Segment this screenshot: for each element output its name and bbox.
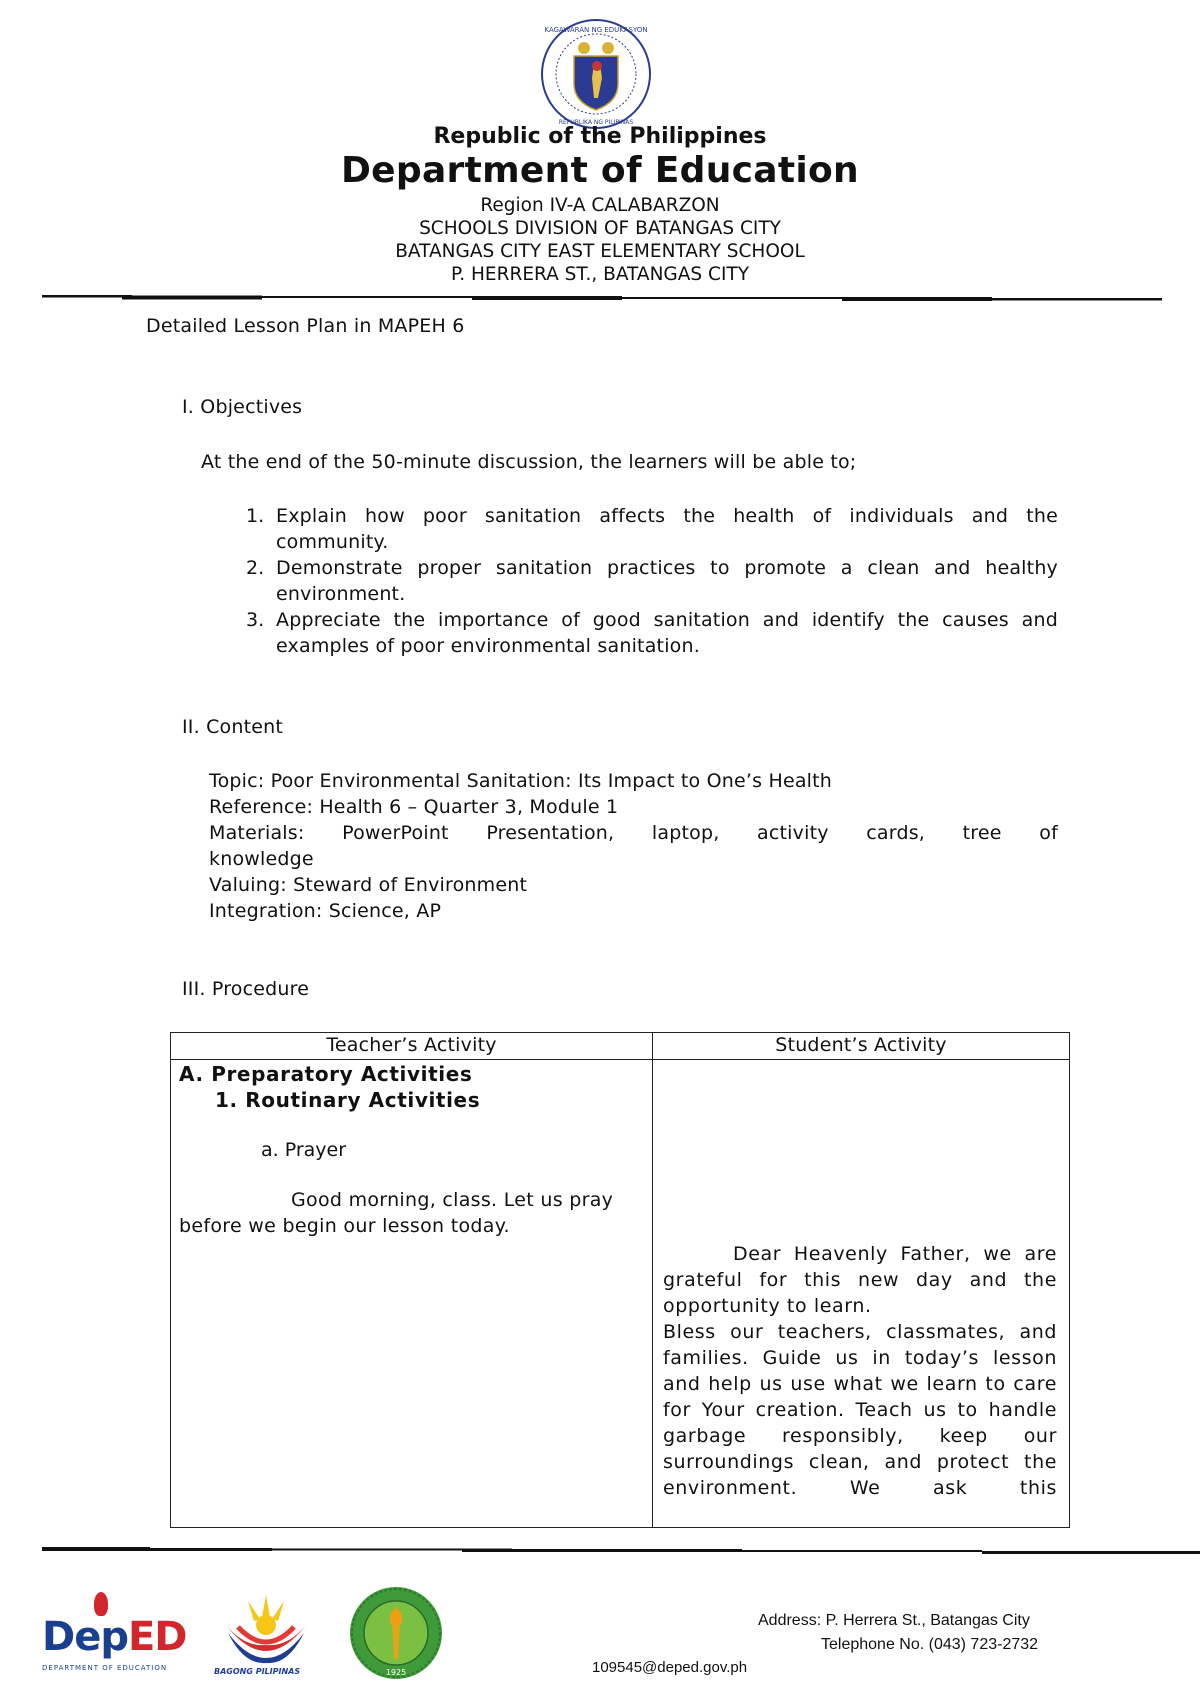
objectives-intro: At the end of the 50-minute discussion, … [201, 451, 856, 473]
objective-item: 3. Appreciate the importance of good san… [246, 607, 1058, 659]
content-reference: Reference: Health 6 – Quarter 3, Module … [209, 794, 1058, 820]
svg-text:KAGAWARAN NG EDUKASYON: KAGAWARAN NG EDUKASYON [544, 26, 647, 34]
table-column-divider [652, 1033, 653, 1527]
content-materials: Materials: PowerPoint Presentation, lapt… [209, 820, 1058, 872]
footer-logos: DepED DEPARTMENT OF EDUCATION BAGONG PIL… [42, 1588, 444, 1678]
objective-number: 2. [246, 555, 276, 607]
student-activity-cell: Dear Heavenly Father, we are grateful fo… [663, 1241, 1057, 1501]
objective-number: 1. [246, 503, 276, 555]
student-prayer-part2: Bless our teachers, classmates, and fami… [663, 1319, 1057, 1501]
header-division: SCHOOLS DIVISION OF BATANGAS CITY [0, 218, 1200, 239]
objective-text: Appreciate the importance of good sanita… [276, 607, 1058, 659]
teacher-greeting: Good morning, class. Let us pray before … [179, 1187, 645, 1239]
svg-text:1925: 1925 [386, 1668, 406, 1677]
objective-text: Explain how poor sanitation affects the … [276, 503, 1058, 555]
header-street: P. HERRERA ST., BATANGAS CITY [0, 264, 1200, 285]
table-header-divider [171, 1059, 1069, 1060]
deped-logo: DepED DEPARTMENT OF EDUCATION [42, 1592, 184, 1674]
deped-seal-icon: KAGAWARAN NG EDUKASYON REPUBLIKA NG PILI… [540, 18, 652, 130]
header-department: Department of Education [0, 150, 1200, 191]
flame-icon [94, 1592, 108, 1616]
procedure-table: Teacher’s Activity Student’s Activity A.… [170, 1032, 1070, 1528]
header-region: Region IV-A CALABARZON [0, 195, 1200, 216]
header-school: BATANGAS CITY EAST ELEMENTARY SCHOOL [0, 241, 1200, 262]
content-valuing: Valuing: Steward of Environment [209, 872, 1058, 898]
content-topic: Topic: Poor Environmental Sanitation: It… [209, 768, 1058, 794]
objective-item: 2. Demonstrate proper sanitation practic… [246, 555, 1058, 607]
student-prayer-part1: Dear Heavenly Father, we are grateful fo… [663, 1241, 1057, 1319]
table-header-teacher: Teacher’s Activity [171, 1034, 652, 1056]
routinary-activities-heading: 1. Routinary Activities [179, 1087, 645, 1113]
footer-address: Address: P. Herrera St., Batangas City [758, 1612, 1030, 1630]
objectives-heading: I. Objectives [182, 396, 302, 418]
content-integration: Integration: Science, AP [209, 898, 1058, 924]
footer-telephone: Telephone No. (043) 723-2732 [821, 1636, 1038, 1654]
deped-word-red: ED [128, 1614, 187, 1660]
teacher-activity-cell: A. Preparatory Activities 1. Routinary A… [179, 1061, 645, 1239]
header-republic: Republic of the Philippines [0, 124, 1200, 149]
deped-word-blue: Dep [42, 1614, 128, 1660]
header-divider [42, 287, 1162, 295]
objectives-list: 1. Explain how poor sanitation affects t… [246, 503, 1058, 659]
table-header-student: Student’s Activity [653, 1034, 1069, 1056]
deped-subtitle: DEPARTMENT OF EDUCATION [42, 1664, 167, 1672]
content-heading: II. Content [182, 716, 283, 738]
objective-text: Demonstrate proper sanitation practices … [276, 555, 1058, 607]
school-seal-icon: 1925 [348, 1585, 444, 1681]
bagong-pilipinas-logo: BAGONG PILIPINAS [218, 1587, 314, 1679]
objective-item: 1. Explain how poor sanitation affects t… [246, 503, 1058, 555]
prayer-label: a. Prayer [179, 1137, 645, 1163]
deped-wordmark: DepED [42, 1614, 187, 1660]
content-details: Topic: Poor Environmental Sanitation: It… [209, 768, 1058, 924]
footer-email[interactable]: 109545@deped.gov.ph [592, 1659, 747, 1676]
footer-divider [42, 1540, 1162, 1548]
bagong-pilipinas-label: BAGONG PILIPINAS [214, 1667, 300, 1676]
preparatory-activities-heading: A. Preparatory Activities [179, 1061, 645, 1087]
objective-number: 3. [246, 607, 276, 659]
procedure-heading: III. Procedure [182, 978, 309, 1000]
document-title: Detailed Lesson Plan in MAPEH 6 [146, 315, 465, 337]
